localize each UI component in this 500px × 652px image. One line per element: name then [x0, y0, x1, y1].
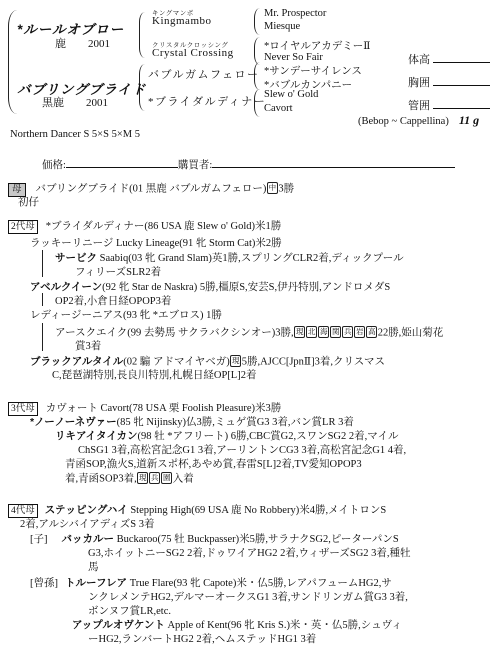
text-segment: 価格:	[42, 160, 66, 171]
text-row: ンクレメンテHG2,デルマーオークスG1 3着,サンドリンガム賞G3 3着,	[88, 591, 408, 604]
text-row: 2代母*ブライダルディナー(86 USA 鹿 Slew o' Gold)米1勝	[8, 220, 281, 234]
text-row: 着,青函SOP3着,現兵園入着	[65, 472, 194, 486]
text-segment: Stepping High(69 USA 鹿 No Robbery)米4勝,メイ…	[128, 505, 387, 516]
text-row: 4代母ステッピングハイ Stepping High(69 USA 鹿 No Ro…	[8, 504, 386, 518]
horse-name: ステッピングハイ	[45, 504, 128, 516]
tree-connector-line	[42, 293, 43, 306]
text-segment: アースクエイク(99 去勢馬 サクラバクシンオー)3勝,	[55, 328, 294, 339]
text-segment: (92 牝 Star de Naskra) 5勝,橿原S,安芸S,伊丹特別,アン…	[102, 282, 390, 293]
enclosed-mark: 兵	[342, 326, 353, 338]
enclosed-mark: 海	[318, 326, 329, 338]
text-row: ラッキーリニージ Lucky Lineage(91 牝 Storm Cat)米2…	[30, 237, 282, 250]
tree-connector-line	[42, 250, 43, 277]
text-row: [曾孫]トルーフレア True Flare(93 牝 Capote)米・仏5勝,…	[30, 577, 392, 590]
text-segment: OP2着,小倉日経OPOP3着	[55, 296, 171, 307]
dam-dam-name: *ブライダルディナー	[148, 93, 266, 109]
tree-connector-line	[42, 323, 43, 351]
text-segment: Apple of Kent(96 牝 Kris S.)米・英・仏5勝,シュヴィ	[165, 620, 402, 631]
text-row: 馬	[88, 561, 99, 574]
text-segment: G3,ホイットニーSG2 2着,ドゥワイアHG2 2着,ウィザーズSG2 3着,…	[88, 548, 411, 559]
text-segment: 3勝	[278, 184, 294, 195]
text-row: フィリーズSLR2着	[75, 266, 161, 279]
sire-coat-year: 鹿 2001	[55, 35, 110, 51]
text-row: *ノーノーネヴァー(85 牝 Nijinsky)仏3勝,ミュゲ賞G3 3着,バン…	[30, 416, 354, 429]
gp-name-2: Miesque	[264, 21, 300, 32]
text-row: 賞3着	[75, 340, 101, 353]
text-segment: [曾孫]	[30, 578, 58, 589]
text-row: 青函SOP,漁火S,道新スポ杯,あやめ賞,春雷S[L]2着,TV愛知OPOP3	[65, 458, 362, 471]
text-segment: 入着	[173, 474, 194, 485]
text-segment: (98 牡 *アフリート) 6勝,CBC賞G2,スワンSG2 2着,マイル	[138, 431, 399, 442]
text-segment: True Flare(93 牝 Capote)米・仏5勝,レアパフュームHG2,…	[127, 578, 392, 589]
generation-label: 4代母	[8, 504, 38, 518]
horse-name: アベルクイーン	[30, 281, 102, 293]
enclosed-mark: 岩	[354, 326, 365, 338]
text-row: ボンヌフ賞LR,etc.	[88, 605, 171, 618]
text-row: アップルオヴケント Apple of Kent(96 牝 Kris S.)米・英…	[72, 619, 402, 632]
text-segment: 22勝,姫山菊花	[378, 328, 444, 339]
measurement-label-height: 体高	[408, 54, 430, 66]
text-segment: *ブライダルディナー(86 USA 鹿 Slew o' Gold)米1勝	[46, 221, 282, 232]
text-row: リキアイタイカン(98 牡 *アフリート) 6勝,CBC賞G2,スワンSG2 2…	[55, 430, 399, 443]
text-segment: レディージーニアス(93 牝 *エブロス) 1勝	[30, 310, 222, 321]
text-segment: 初仔	[18, 197, 39, 208]
measurement-row-girth: 胸囲	[408, 73, 490, 91]
lot-number: 11 g	[459, 113, 479, 127]
dam-sire-name: バブルガムフェロー	[148, 66, 260, 82]
text-row: ーHG2,ランバートHG2 2着,ヘムステッドHG1 3着	[88, 633, 316, 646]
text-segment: (02 騸 アドマイヤベガ)	[123, 357, 230, 368]
enclosed-mark: 中	[267, 182, 278, 194]
text-segment: ボンヌフ賞LR,etc.	[88, 606, 171, 617]
text-row: ブラックアルタイル(02 騸 アドマイヤベガ)現5勝,AJCC[JpnⅡ]3着,…	[30, 355, 385, 369]
gp-brace-1	[254, 8, 261, 35]
sire-sire-name: Kingmambo	[152, 15, 212, 27]
text-row: 母バブリングブライド(01 黒鹿 バブルガムフェロー)中3勝	[8, 182, 294, 197]
text-segment: ンクレメンテHG2,デルマーオークスG1 3着,サンドリンガム賞G3 3着,	[88, 592, 408, 603]
text-row: 価格:購買者:	[42, 156, 455, 172]
text-segment: ーHG2,ランバートHG2 2着,ヘムステッドHG1 3着	[88, 634, 316, 645]
text-segment: C,琵琶湖特別,長良川特別,札幌日経OP[L]2着	[52, 370, 256, 381]
enclosed-mark: 園	[161, 472, 172, 484]
generation-label: 母	[8, 183, 26, 197]
text-segment: 2着,アルシバイアディズS 3着	[20, 519, 155, 530]
horse-name: アップルオヴケント	[72, 619, 165, 631]
family-name: (Bebop ~ Cappellina)	[358, 116, 449, 127]
gp-name-1: Mr. Prospector	[264, 8, 326, 19]
text-segment: ChSG1 3着,高松宮記念G1 3着,アーリントンCG3 3着,高松宮記念G1…	[78, 445, 406, 456]
measurement-line-girth	[433, 73, 490, 86]
gp-name-5: *サンデーサイレンス	[264, 63, 362, 78]
text-row: ChSG1 3着,高松宮記念G1 3着,アーリントンCG3 3着,高松宮記念G1…	[78, 444, 406, 457]
generation-label: 3代母	[8, 402, 38, 416]
sire-dam-name: Crystal Crossing	[152, 47, 234, 59]
enclosed-mark: 現	[137, 472, 148, 484]
horse-name: *ノーノーネヴァー	[30, 416, 117, 428]
text-row: レディージーニアス(93 牝 *エブロス) 1勝	[30, 309, 222, 322]
gp-name-3: *ロイヤルアカデミーⅡ	[264, 38, 370, 53]
fill-in-line	[66, 156, 178, 168]
enclosed-mark: 兵	[149, 472, 160, 484]
text-row: G3,ホイットニーSG2 2着,ドゥワイアHG2 2着,ウィザーズSG2 3着,…	[88, 547, 411, 560]
enclosed-mark: 現	[230, 355, 241, 367]
gp-brace-2	[254, 37, 261, 65]
enclosed-mark: 現	[294, 326, 305, 338]
measurement-label-girth: 胸囲	[408, 77, 430, 89]
text-row: [子]バッカルー Buckaroo(75 牡 Buckpasser)米5勝,サラ…	[30, 533, 399, 546]
gp-name-4: Never So Fair	[264, 52, 323, 63]
text-segment: バブリングブライド(01 黒鹿 バブルガムフェロー)	[36, 184, 267, 195]
text-segment: Buckaroo(75 牡 Buckpasser)米5勝,サラナクSG2,ピータ…	[114, 534, 399, 545]
fill-in-line	[212, 156, 455, 168]
text-segment: 購買者:	[178, 160, 212, 171]
text-segment: 賞3着	[75, 341, 101, 352]
text-row: C,琵琶湖特別,長良川特別,札幌日経OP[L]2着	[52, 369, 256, 382]
horse-name: リキアイタイカン	[55, 430, 138, 442]
text-segment: Saabiq(03 牝 Grand Slam)英1勝,スプリングCLR2着,ディ…	[97, 253, 404, 264]
text-segment: 着,青函SOP3着,	[65, 474, 137, 485]
text-segment: [子]	[30, 534, 48, 545]
text-row: 2着,アルシバイアディズS 3着	[20, 518, 155, 531]
horse-name: サービク	[55, 252, 97, 264]
measurement-line-cannon	[433, 96, 490, 109]
text-segment: Northern Dancer S 5×S 5×M 5	[10, 129, 140, 140]
text-row: アベルクイーン(92 牝 Star de Naskra) 5勝,橿原S,安芸S,…	[30, 281, 390, 294]
enclosed-mark: 高	[366, 326, 377, 338]
text-row: 初仔	[18, 196, 39, 209]
text-segment: ラッキーリニージ Lucky Lineage(91 牝 Storm Cat)米2…	[30, 238, 282, 249]
text-row: OP2着,小倉日経OPOP3着	[55, 295, 171, 308]
text-segment: フィリーズSLR2着	[75, 267, 161, 278]
horse-name: バッカルー	[62, 533, 115, 545]
gp-name-8: Cavort	[264, 103, 293, 114]
horse-name: ブラックアルタイル	[30, 356, 123, 368]
dam-coat-year: 黒鹿 2001	[42, 94, 108, 110]
text-segment: 馬	[88, 562, 99, 573]
catalog-page: *ルールオブロー 鹿 2001 バブリングブライド 黒鹿 2001 キングマンボ…	[0, 0, 500, 652]
text-row: Northern Dancer S 5×S 5×M 5	[10, 128, 140, 141]
text-segment: カヴォート Cavort(78 USA 栗 Foolish Pleasure)米…	[46, 403, 282, 414]
enclosed-mark: 北	[306, 326, 317, 338]
sire-parents-brace	[139, 12, 146, 58]
measurement-row-height: 体高	[408, 50, 490, 68]
text-row: 3代母カヴォート Cavort(78 USA 栗 Foolish Pleasur…	[8, 402, 281, 416]
text-row: アースクエイク(99 去勢馬 サクラバクシンオー)3勝,現北海関兵岩高22勝,姫…	[55, 326, 443, 340]
gp-name-7: Slew o' Gold	[264, 89, 318, 100]
text-segment: (85 牝 Nijinsky)仏3勝,ミュゲ賞G3 3着,バン賞LR 3着	[117, 417, 354, 428]
text-row: サービク Saabiq(03 牝 Grand Slam)英1勝,スプリングCLR…	[55, 252, 404, 265]
generation-label: 2代母	[8, 220, 38, 234]
family-line-note: (Bebop ~ Cappellina)11 g	[358, 111, 479, 129]
text-segment: 青函SOP,漁火S,道新スポ杯,あやめ賞,春雷S[L]2着,TV愛知OPOP3	[65, 459, 362, 470]
text-segment: 5勝,AJCC[JpnⅡ]3着,クリスマス	[242, 357, 385, 368]
measurement-line-height	[433, 50, 490, 63]
enclosed-mark: 関	[330, 326, 341, 338]
horse-name: トルーフレア	[65, 577, 127, 589]
